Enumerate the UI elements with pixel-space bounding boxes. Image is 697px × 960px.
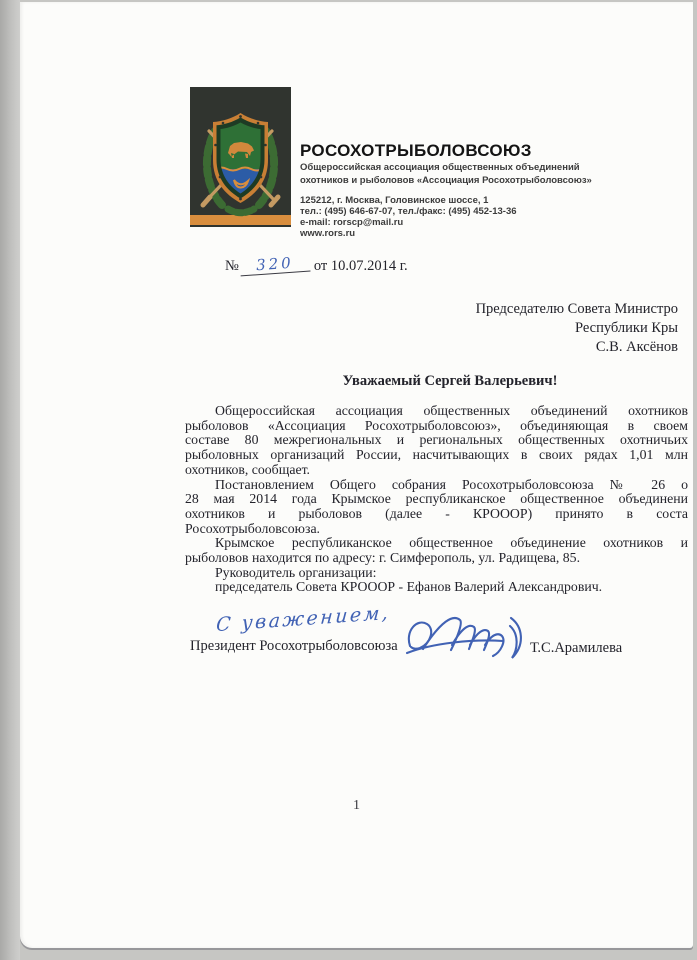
org-website: www.rors.ru [300,228,600,239]
page-number: 1 [20,798,693,814]
org-subtitle-line1: Общероссийская ассоциация общественных о… [300,162,600,174]
body-line: Постановлением Общего собрания Росохотры… [185,478,688,493]
signature-scribble [403,605,535,668]
org-email: e-mail: rorscp@mail.ru [300,217,600,228]
org-subtitle-line2: охотников и рыболовов «Ассоциация Росохо… [300,175,600,187]
number-prefix: № [225,258,239,274]
org-address: 125212, г. Москва, Головинское шоссе, 1 [300,195,600,206]
signature-scribble-graphic [403,605,535,663]
signer-name: Т.С.Арамилева [530,640,622,657]
org-name: РОСОХОТРЫБОЛОВСОЮЗ [300,141,600,161]
signer-title: Президент Росохотрыболовсоюза [190,638,398,655]
salutation: Уважаемый Сергей Валерьевич! [185,373,693,390]
addressee-line: Республики Кры [348,319,678,338]
handwritten-closing: С уважением, [215,602,391,636]
scanned-letter-screenshot: { "colors": { "ink_blue": "#4162b4", "te… [0,0,697,960]
reference-line: №320от 10.07.2014 г. [225,256,408,275]
org-contacts: 125212, г. Москва, Головинское шоссе, 1 … [300,195,600,239]
emblem-graphic [190,87,291,227]
body-line: охотников и рыболовов (далее - КРОООР) п… [185,507,688,522]
body-line: Общероссийская ассоциация общественных о… [185,404,688,419]
letterhead: РОСОХОТРЫБОЛОВСОЮЗ Общероссийская ассоци… [300,141,600,239]
addressee-line: Председателю Совета Министро [348,300,678,319]
scanner-edge-shadow [0,0,20,960]
handwritten-number: 320 [239,253,310,277]
body-line: председатель Совета КРОООР - Ефанов Вале… [185,580,688,595]
addressee-line: С.В. Аксёнов [348,338,678,357]
reference-date: от 10.07.2014 г. [314,258,408,274]
org-emblem [190,87,291,227]
body-line: Росохотрыболовсоюза. [185,522,688,537]
org-phone: тел.: (495) 646-67-07, тел./факс: (495) … [300,206,600,217]
body-line: 28 мая 2014 года Крымское республиканско… [185,492,688,507]
body-line: Руководитель организации: [185,566,688,581]
body-line: охотников, сообщает. [185,463,688,478]
body-line: рыболовных организаций России, насчитыва… [185,448,688,463]
letter-page: РОСОХОТРЫБОЛОВСОЮЗ Общероссийская ассоци… [20,2,693,948]
body-line: рыболовов «Ассоциация Росохотрыболовсоюз… [185,419,688,434]
addressee-block: Председателю Совета Министро Республики … [348,300,678,357]
body-line: рыболовов находится по адресу: г. Симфер… [185,551,688,566]
body-line: Крымское республиканское общественное об… [185,536,688,551]
body-line: составе 80 межрегиональных и региональны… [185,433,688,448]
letter-body: Общероссийская ассоциация общественных о… [185,404,688,595]
